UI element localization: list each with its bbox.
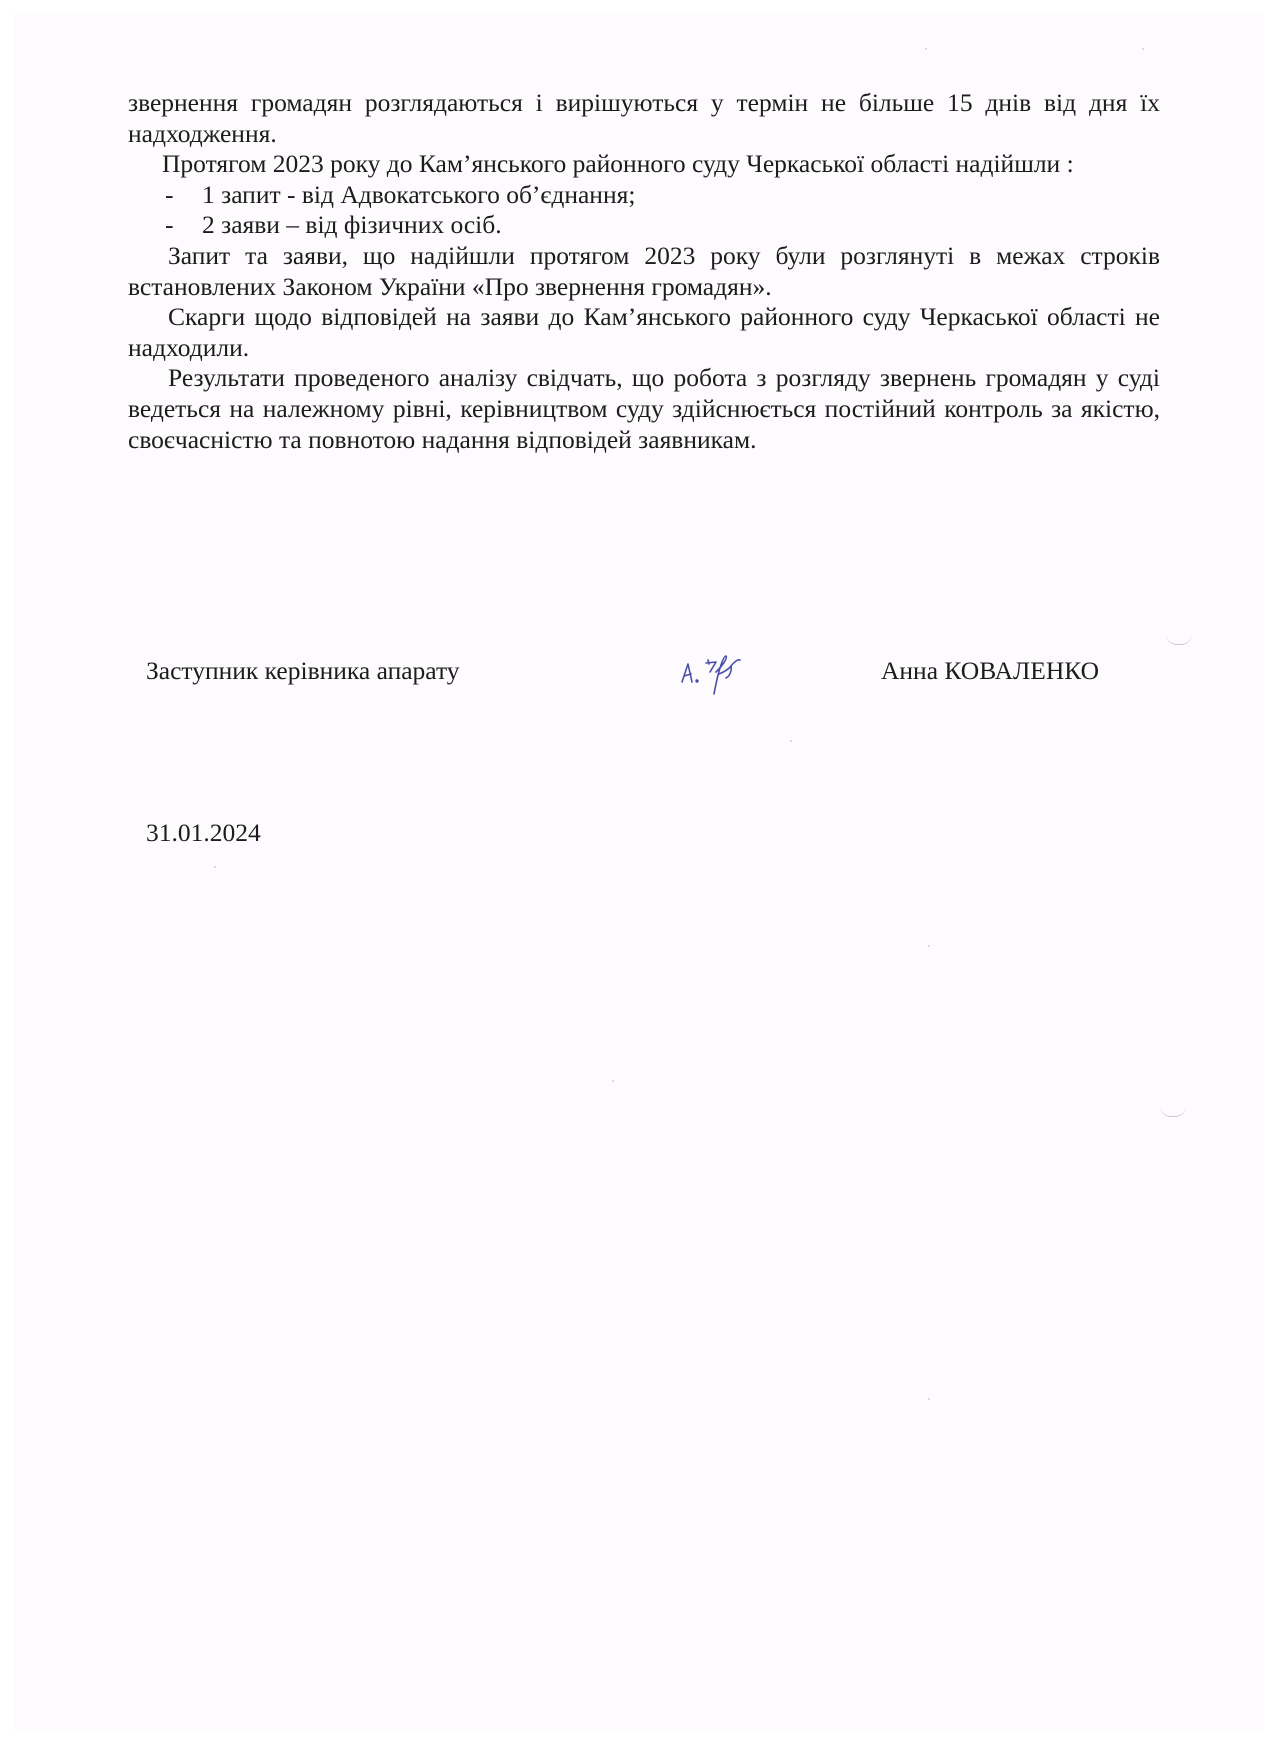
list-dash: - [165,180,174,211]
list-item: - 2 заяви – від фізичних осіб. [128,210,1160,241]
paragraph-received-2023: Протягом 2023 року до Кам’янського район… [128,149,1160,180]
scan-speck [928,1398,930,1400]
paragraph-no-complaints: Скарги щодо відповідей на заяви до Кам’я… [128,302,1160,363]
paragraph-review-within-terms: Запит та заяви, що надійшли протягом 202… [128,241,1160,302]
document-body: звернення громадян розглядаються і виріш… [128,88,1160,455]
signature-block: Заступник керівника апарату Анна КОВАЛЕН… [0,656,1276,716]
scan-speck [925,48,927,50]
scan-speck [928,945,930,947]
signatory-name: Анна КОВАЛЕНКО [881,656,1099,686]
scan-speck [790,740,792,742]
document-date: 31.01.2024 [146,818,261,848]
signatory-position: Заступник керівника апарату [146,656,460,686]
list-item-text: 1 запит - від Адвокатського об’єднання; [202,180,635,209]
list-item: - 1 запит - від Адвокатського об’єднання… [128,180,1160,211]
signature-icon [676,650,766,710]
scan-speck [214,866,216,868]
list-dash: - [165,210,174,241]
paragraph-analysis-results: Результати проведеного аналізу свідчать,… [128,363,1160,455]
paragraph-review-term: звернення громадян розглядаються і виріш… [128,88,1160,149]
scan-speck [612,1080,614,1082]
scan-speck [1142,48,1144,50]
list-item-text: 2 заяви – від фізичних осіб. [202,210,502,239]
received-requests-list: - 1 запит - від Адвокатського об’єднання… [128,180,1160,241]
